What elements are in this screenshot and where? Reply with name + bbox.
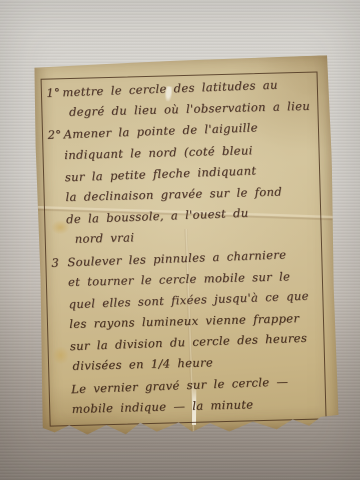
line-number-marker: 2° xyxy=(47,128,61,142)
line-number-marker: 3 xyxy=(51,255,59,269)
manuscript-paper: 1° mettre le cercle des latitudes au deg… xyxy=(33,55,339,437)
line-text: nord vrai xyxy=(75,231,135,247)
photo-background: 1° mettre le cercle des latitudes au deg… xyxy=(0,0,360,480)
manuscript-text: 1° mettre le cercle des latitudes au deg… xyxy=(46,77,329,424)
line-text: divisées en 1/4 heure xyxy=(72,356,213,374)
line-number-marker: 1° xyxy=(46,85,60,99)
